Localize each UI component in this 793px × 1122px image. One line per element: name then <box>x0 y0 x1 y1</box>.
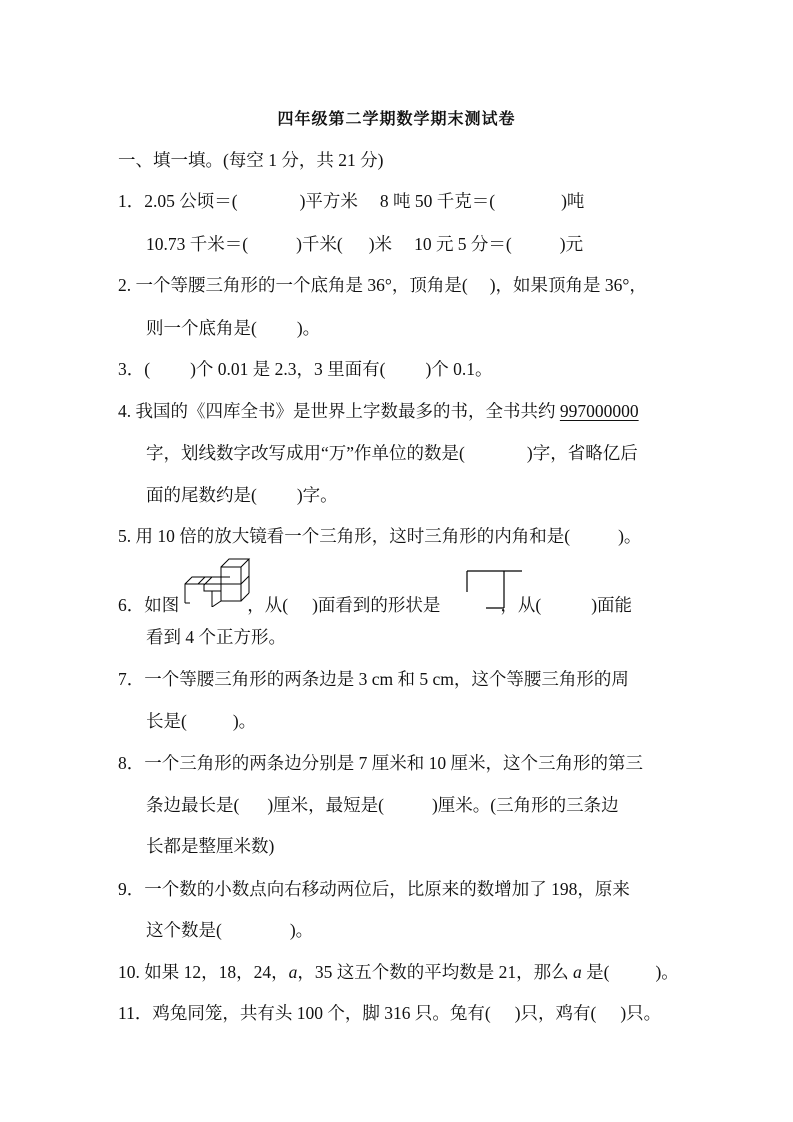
question-7-line-1: 7．一个等腰三角形的两条边是 3 cm 和 5 cm，这个等腰三角形的周 <box>118 667 629 691</box>
question-8-line-2: 条边最长是()厘米，最短是()厘米。(三角形的三条边 <box>146 793 619 817</box>
question-6-line-2: 看到 4 个正方形。 <box>146 625 286 649</box>
question-5: 5. 用 10 倍的放大镜看一个三角形，这时三角形的内角和是()。 <box>118 524 641 548</box>
question-1-line-2: 10.73 千米＝()千米()米10 元 5 分＝()元 <box>146 232 583 256</box>
question-2-line-1: 2. 一个等腰三角形的一个底角是 36°，顶角是()，如果顶角是 36°， <box>118 273 647 297</box>
question-4-line-3: 面的尾数约是()字。 <box>146 483 338 507</box>
front-view-shape <box>466 570 526 612</box>
question-4-line-2: 字，划线数字改写成用“万”作单位的数是()字，省略亿后 <box>146 441 638 465</box>
question-8-line-3: 长都是整厘米数) <box>146 834 274 858</box>
question-4-line-1: 4. 我国的《四库全书》是世界上字数最多的书，全书共约 997000000 <box>118 399 639 423</box>
question-9-line-2: 这个数是()。 <box>146 918 313 942</box>
question-2-line-2: 则一个底角是()。 <box>146 316 320 340</box>
page-title: 四年级第二学期数学期末测试卷 <box>0 106 793 129</box>
underlined-number: 997000000 <box>560 401 639 421</box>
question-1-line-1: 1．2.05 公顷＝()平方米8 吨 50 千克＝()吨 <box>118 189 584 213</box>
question-10: 10. 如果 12，18，24，a，35 这五个数的平均数是 21，那么 a 是… <box>118 960 679 984</box>
stacked-cubes-figure <box>184 555 254 607</box>
question-7-line-2: 长是()。 <box>146 709 256 733</box>
question-8-line-1: 8．一个三角形的两条边分别是 7 厘米和 10 厘米，这个三角形的第三 <box>118 751 643 775</box>
section-heading: 一、填一填。(每空 1 分，共 21 分) <box>118 148 383 172</box>
question-9-line-1: 9．一个数的小数点向右移动两位后，比原来的数增加了 198，原来 <box>118 877 630 901</box>
question-11: 11．鸡兔同笼，共有头 100 个，脚 316 只。兔有()只，鸡有()只。 <box>118 1001 661 1025</box>
question-3: 3．()个 0.01 是 2.3，3 里面有()个 0.1。 <box>118 357 493 381</box>
